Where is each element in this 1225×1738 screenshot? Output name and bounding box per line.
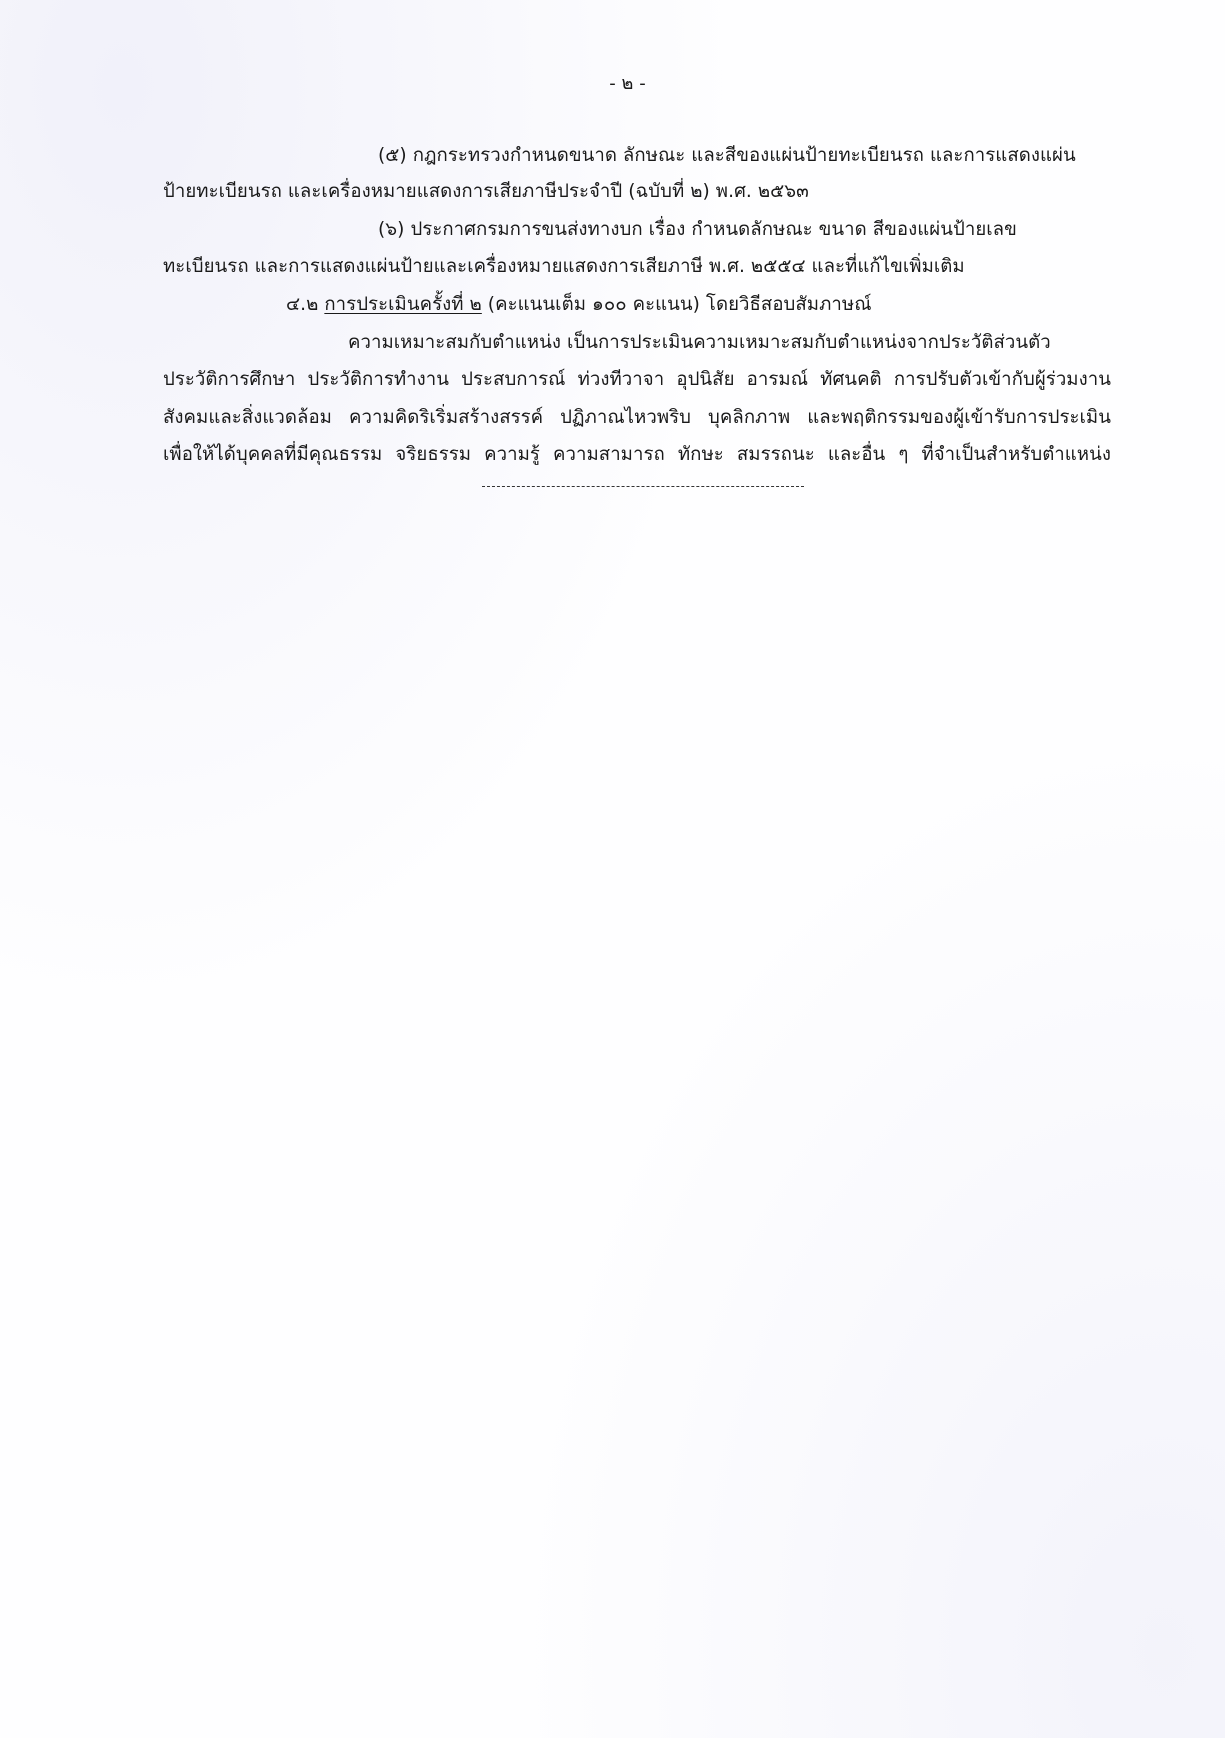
- list-item-5-line-1: (๕) กฎกระทรวงกำหนดขนาด ลักษณะ และสีของแผ…: [378, 141, 1076, 171]
- section-number: ๔.๒: [286, 294, 318, 315]
- paragraph-line-2: ประวัติการศึกษา ประวัติการทำงาน ประสบการ…: [163, 365, 1111, 395]
- section-subtitle: (คะแนนเต็ม ๑๐๐ คะแนน) โดยวิธีสอบสัมภาษณ์: [488, 294, 872, 315]
- section-heading: ๔.๒ การประเมินครั้งที่ ๒ (คะแนนเต็ม ๑๐๐ …: [286, 290, 872, 320]
- list-item-label: (๕): [378, 145, 407, 166]
- list-item-label: (๖): [378, 219, 404, 240]
- list-item-6-line-1: (๖) ประกาศกรมการขนส่งทางบก เรื่อง กำหนดล…: [378, 215, 1017, 245]
- list-item-text: กฎกระทรวงกำหนดขนาด ลักษณะ และสีของแผ่นป้…: [413, 145, 1076, 166]
- list-item-5-line-2: ป้ายทะเบียนรถ และเครื่องหมายแสดงการเสียภ…: [163, 177, 1111, 207]
- paragraph-line-1: ความเหมาะสมกับตำแหน่ง เป็นการประเมินความ…: [348, 328, 1051, 358]
- section-title: การประเมินครั้งที่ ๒: [324, 294, 481, 315]
- document-page: - ๒ - (๕) กฎกระทรวงกำหนดขนาด ลักษณะ และส…: [0, 0, 1225, 1738]
- end-of-text-divider: [482, 486, 804, 487]
- list-item-6-line-2: ทะเบียนรถ และการแสดงแผ่นป้ายและเครื่องหม…: [163, 252, 965, 282]
- paragraph-line-3: สังคมและสิ่งแวดล้อม ความคิดริเริ่มสร้างส…: [163, 403, 1111, 433]
- paragraph-line-4: เพื่อให้ได้บุคคลที่มีคุณธรรม จริยธรรม คว…: [163, 440, 1111, 470]
- page-number: - ๒ -: [0, 69, 1225, 99]
- list-item-text: ประกาศกรมการขนส่งทางบก เรื่อง กำหนดลักษณ…: [410, 219, 1016, 240]
